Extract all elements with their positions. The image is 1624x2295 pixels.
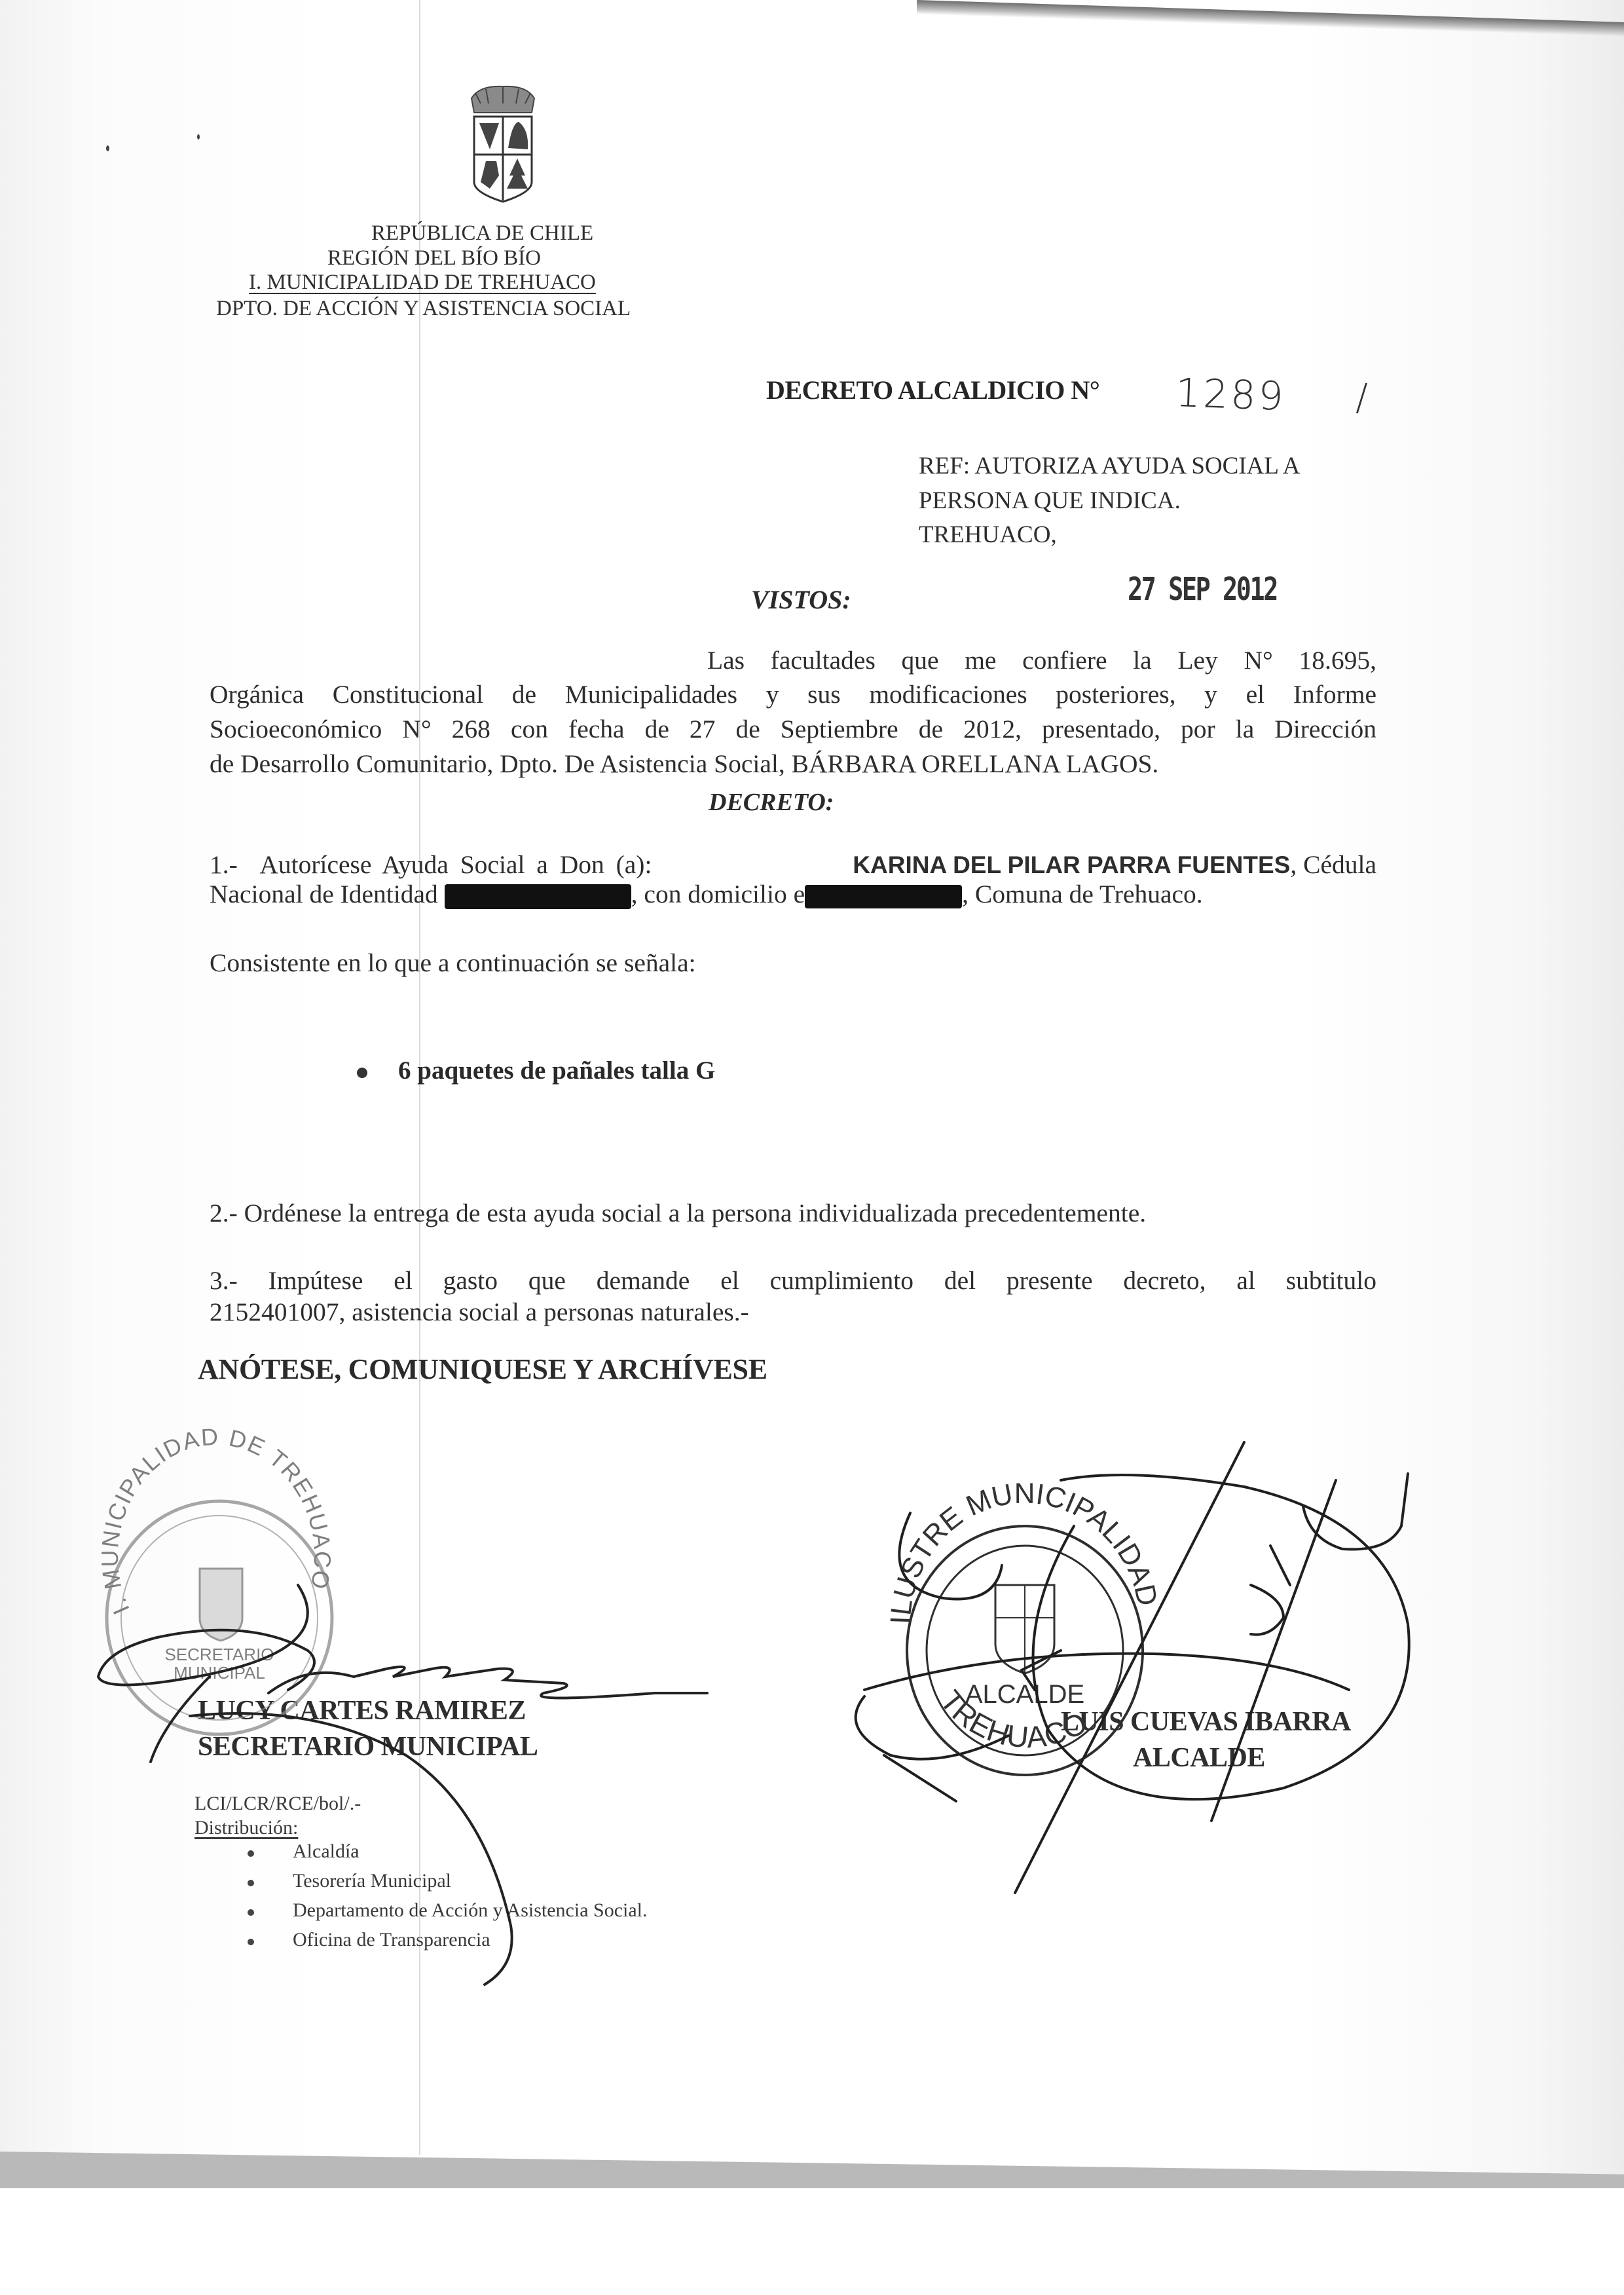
mayor-name: LUIS CUEVAS IBARRA xyxy=(1061,1706,1351,1738)
header-region: REGIÓN DEL BÍO BÍO xyxy=(327,246,541,271)
vistos-line-4: de Desarrollo Comunitario, Dpto. De Asis… xyxy=(210,749,1158,779)
header-country: REPÚBLICA DE CHILE xyxy=(371,221,593,246)
decree-title: DECRETO ALCALDICIO N° xyxy=(766,375,1099,405)
item-1-line-1: 1.- Autorícese Ayuda Social a Don (a): K… xyxy=(210,849,1376,880)
commune-text: , Comuna de Trehuaco. xyxy=(962,880,1203,908)
bullet-icon xyxy=(357,1068,367,1078)
item-3-line-1: 3.- Impútese el gasto que demande el cum… xyxy=(210,1265,1376,1296)
scan-speck xyxy=(106,145,109,151)
distribution-item: Oficina de Transparencia xyxy=(293,1929,490,1951)
bullet-icon xyxy=(248,1909,254,1916)
distribution-label: Distribución: xyxy=(194,1817,298,1839)
mayor-title: ALCALDE xyxy=(1133,1742,1265,1774)
item-2: 2.- Ordénese la entrega de esta ayuda so… xyxy=(210,1198,1146,1228)
distribution-item: Tesorería Municipal xyxy=(293,1870,451,1892)
item-1-prefix: 1.- Autorícese Ayuda Social a Don (a): xyxy=(210,849,663,880)
scanned-page xyxy=(0,0,1624,2188)
closing-formula: ANÓTESE, COMUNIQUESE Y ARCHÍVESE xyxy=(198,1353,767,1386)
ref-line-2: PERSONA QUE INDICA. xyxy=(919,487,1181,515)
initials: LCI/LCR/RCE/bol/.- xyxy=(194,1793,361,1815)
scan-speck xyxy=(197,134,200,140)
distribution-item: Alcaldía xyxy=(293,1840,360,1863)
bullet-icon xyxy=(248,1850,254,1857)
vistos-line-1: Las facultades que me confiere la Ley N°… xyxy=(707,645,1376,675)
aid-item: 6 paquetes de pañales talla G xyxy=(398,1056,715,1085)
redacted-id-number xyxy=(445,884,631,909)
decree-number-suffix: / xyxy=(1356,377,1368,419)
item-1-after-name: , Cédula xyxy=(1290,849,1376,880)
address-label: , con domicilio e xyxy=(631,880,805,908)
header-municipality: I. MUNICIPALIDAD DE TREHUACO xyxy=(249,270,596,295)
beneficiary-name: KARINA DEL PILAR PARRA FUENTES xyxy=(853,851,1290,879)
secretary-title: SECRETARIO MUNICIPAL xyxy=(198,1731,538,1763)
decreto-heading: DECRETO: xyxy=(709,788,834,817)
vistos-line-3: Socioeconómico N° 268 con fecha de 27 de… xyxy=(210,714,1376,744)
header-department: DPTO. DE ACCIÓN Y ASISTENCIA SOCIAL xyxy=(216,296,631,321)
distribution-item: Departamento de Acción y Asistencia Soci… xyxy=(293,1899,648,1922)
item-3-line-2: 2152401007, asistencia social a personas… xyxy=(210,1297,749,1327)
redacted-address xyxy=(805,885,962,908)
ref-line-1: REF: AUTORIZA AYUDA SOCIAL A xyxy=(919,452,1301,480)
secretary-name: LUCY CARTES RAMIREZ xyxy=(198,1695,526,1726)
bullet-icon xyxy=(248,1880,254,1886)
ref-location: TREHUACO, xyxy=(919,521,1057,549)
vistos-heading: VISTOS: xyxy=(751,584,851,615)
vistos-line-2: Orgánica Constitucional de Municipalidad… xyxy=(210,679,1376,709)
date-stamp: 27 SEP 2012 xyxy=(1128,571,1277,608)
item-1-line-2: Nacional de Identidad , con domicilio e,… xyxy=(210,879,1203,909)
bullet-icon xyxy=(248,1939,254,1945)
consist-text: Consistente en lo que a continuación se … xyxy=(210,948,696,978)
decree-number-handwritten: 1289 xyxy=(1175,370,1287,420)
coat-of-arms-icon xyxy=(466,84,540,205)
id-label: Nacional de Identidad xyxy=(210,880,445,908)
